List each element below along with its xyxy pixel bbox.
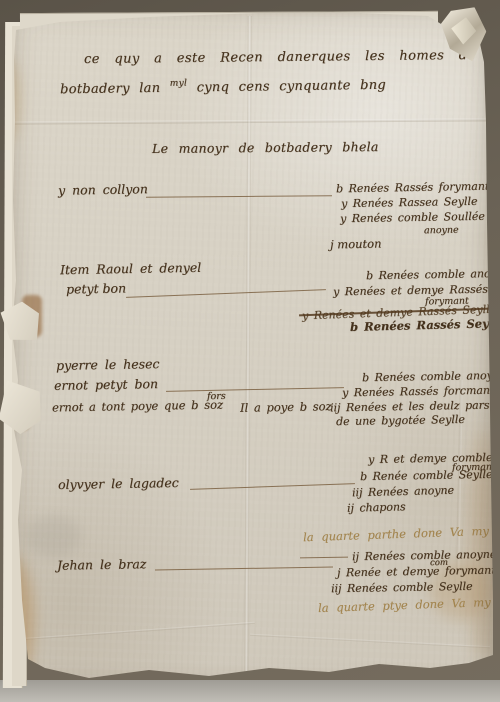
paper-sheet: ce quy a este Recen danerques les homes … <box>0 0 500 702</box>
entry-3-grain-line-4: de une bygotée Seylle <box>336 413 465 428</box>
entry-3-grain-line-3: iij Renées et les deulz pars <box>330 399 490 415</box>
entry-3-payment-text: ernot a tont poye que b soz <box>52 398 223 415</box>
entry-1-connector-line <box>146 195 332 198</box>
entry-5-name: Jehan le braz <box>57 556 147 573</box>
entry-4-grain-line-4: ij chapons <box>347 500 406 515</box>
entry-5-grain-line-3: iij Renées comble Seylle <box>331 580 473 595</box>
entry-1-grain-line-4: anoyne <box>424 225 459 237</box>
entry-5-grain-line-2: j Renée et demye forymant <box>337 564 496 580</box>
entry-3-payment-text-2: Il a poye b soz <box>240 399 332 415</box>
header-line-2-end: cynq cens cynquante bng <box>197 78 387 96</box>
entry-5-connector-line-2 <box>300 557 348 559</box>
entry-5-superscript: com <box>430 558 448 568</box>
entry-3-grain-line-2: y Renées Rassés forcmant <box>342 384 495 400</box>
entry-2-grain-line-1: b Renées comble anoyne <box>366 267 500 283</box>
fold-crease-diagonal <box>20 622 255 640</box>
entry-4-name: olyvyer le lagadec <box>58 475 179 492</box>
table-surface <box>0 680 500 702</box>
entry-1-grain-line-2: y Renées Rassea Seylle <box>341 195 478 210</box>
entry-3-connector-line <box>166 387 344 392</box>
stain <box>14 400 30 430</box>
entry-5-connector-line <box>155 566 333 570</box>
header-line-1: ce quy a este Recen danerques les homes … <box>84 48 476 67</box>
stain <box>26 515 81 557</box>
entry-5-quarter-note: la quarte ptye done Va my <box>318 595 491 615</box>
entry-3-grain-line-1: b Renées comble anoyne <box>362 369 500 385</box>
header-line-2: botbadery lan myl cynq cens cynquante bn… <box>60 76 386 98</box>
entry-4-connector-line <box>190 483 355 490</box>
entry-3-name: pyerre le hesec <box>56 356 160 373</box>
entry-5-grain-line-1: ij Renées comble anoyne <box>352 548 497 564</box>
entry-2-grain-line-4: b Renées Rassés Seylle <box>350 316 500 334</box>
entry-2-name: Item Raoul et denyel <box>60 260 201 277</box>
entry-3-name-line-2: ernot petyt bon <box>54 376 158 393</box>
entry-1-name: y non collyon <box>58 181 148 198</box>
entry-3-payment-superscript: fors <box>207 391 226 402</box>
entry-4-quarter-note: la quarte parthe done Va my <box>303 524 489 544</box>
entry-1-grain-line-5: j mouton <box>330 237 382 252</box>
entry-2-connector-line <box>126 289 326 298</box>
manor-title: Le manoyr de botbadery bhela <box>152 139 379 156</box>
year-superscript: myl <box>170 79 188 89</box>
entry-1-grain-line-3: y Renées comble Soullée <box>340 210 485 226</box>
fold-crease-vertical <box>244 16 251 680</box>
header-line-2-start: botbadery lan <box>60 81 161 97</box>
entry-2-name-line-2: petyt bon <box>66 280 126 296</box>
fold-crease-horizontal <box>12 118 488 124</box>
entry-1-grain-line-1: b Renées Rassés forymant <box>336 180 489 196</box>
entry-4-grain-line-3: iij Renées anoyne <box>352 484 454 500</box>
manuscript-photo: ce quy a este Recen danerques les homes … <box>0 0 500 702</box>
fold-crease-diagonal <box>250 634 490 649</box>
entry-4-grain-line-2: b Renée comble Seylle <box>360 468 493 483</box>
stain <box>22 295 42 337</box>
